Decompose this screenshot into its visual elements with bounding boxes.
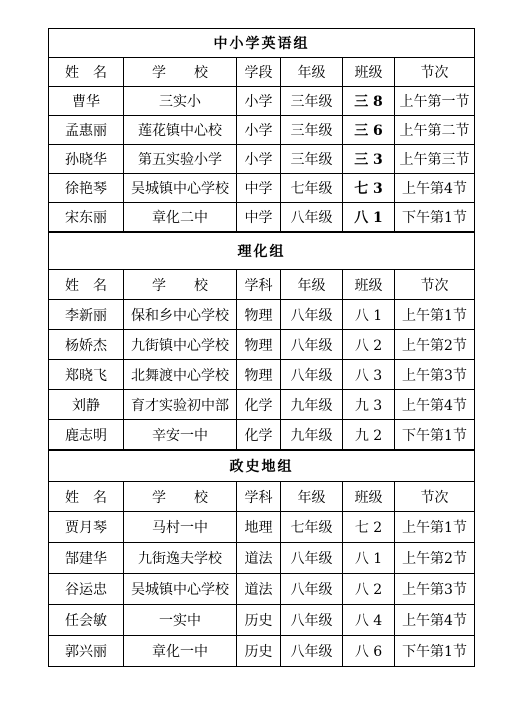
cell-class: 八 1: [343, 203, 395, 232]
cell-grade: 三年级: [281, 116, 343, 145]
cell-grade: 八年级: [281, 605, 343, 636]
cell-period: 上午第4节: [395, 605, 475, 636]
cell-class: 七 3: [343, 174, 395, 203]
cell-period: 上午第1节: [395, 512, 475, 543]
cell-grade: 七年级: [281, 512, 343, 543]
table-title: 理化组: [49, 233, 475, 270]
cell-period: 上午第一节: [395, 87, 475, 116]
column-header-class: 班级: [343, 482, 395, 512]
cell-grade: 三年级: [281, 145, 343, 174]
cell-grade: 九年级: [281, 390, 343, 420]
cell-class: 八 2: [343, 330, 395, 360]
table-title-row: 政史地组: [49, 451, 475, 482]
column-header-name: 姓 名: [49, 58, 124, 87]
table-row: 宋东丽章化二中中学八年级八 1下午第1节: [49, 203, 475, 232]
cell-grade: 三年级: [281, 87, 343, 116]
group-table-1: 理化组姓 名学 校学科年级班级节次李新丽保和乡中心学校物理八年级八 1上午第1节…: [48, 232, 475, 450]
cell-subject: 化学: [237, 390, 281, 420]
cell-school: 马村一中: [124, 512, 237, 543]
cell-school: 三实小: [124, 87, 237, 116]
table-row: 任会敏一实中历史八年级八 4上午第4节: [49, 605, 475, 636]
column-header-class: 班级: [343, 270, 395, 300]
cell-period: 上午第二节: [395, 116, 475, 145]
cell-class: 三 3: [343, 145, 395, 174]
cell-subject: 地理: [237, 512, 281, 543]
table-row: 贾月琴马村一中地理七年级七 2上午第1节: [49, 512, 475, 543]
cell-subject: 历史: [237, 636, 281, 667]
cell-name: 孙晓华: [49, 145, 124, 174]
cell-name: 刘静: [49, 390, 124, 420]
column-header-subject: 学科: [237, 270, 281, 300]
cell-subject: 物理: [237, 300, 281, 330]
cell-school: 育才实验初中部: [124, 390, 237, 420]
cell-subject: 历史: [237, 605, 281, 636]
cell-period: 上午第3节: [395, 574, 475, 605]
cell-subject: 中学: [237, 203, 281, 232]
cell-school: 章化二中: [124, 203, 237, 232]
cell-period: 下午第1节: [395, 203, 475, 232]
column-header-grade: 年级: [281, 482, 343, 512]
table-row: 孟惠丽莲花镇中心校小学三年级三 6上午第二节: [49, 116, 475, 145]
table-title-row: 理化组: [49, 233, 475, 270]
column-header-school: 学 校: [124, 58, 237, 87]
cell-class: 三 6: [343, 116, 395, 145]
table-row: 郑晓飞北舞渡中心学校物理八年级八 3上午第3节: [49, 360, 475, 390]
table-title-row: 中小学英语组: [49, 29, 475, 58]
tables-container: 中小学英语组姓 名学 校学段年级班级节次曹华三实小小学三年级三 8上午第一节孟惠…: [48, 28, 474, 667]
cell-period: 上午第2节: [395, 330, 475, 360]
cell-name: 郭兴丽: [49, 636, 124, 667]
column-header-period: 节次: [395, 270, 475, 300]
cell-school: 九街镇中心学校: [124, 330, 237, 360]
table-row: 徐艳琴吴城镇中心学校中学七年级七 3上午第4节: [49, 174, 475, 203]
cell-school: 保和乡中心学校: [124, 300, 237, 330]
cell-name: 贾月琴: [49, 512, 124, 543]
cell-grade: 八年级: [281, 574, 343, 605]
cell-grade: 八年级: [281, 543, 343, 574]
cell-subject: 物理: [237, 330, 281, 360]
cell-class: 九 2: [343, 420, 395, 450]
group-table-2: 政史地组姓 名学 校学科年级班级节次贾月琴马村一中地理七年级七 2上午第1节郜建…: [48, 450, 475, 667]
cell-class: 八 3: [343, 360, 395, 390]
cell-grade: 八年级: [281, 636, 343, 667]
cell-school: 北舞渡中心学校: [124, 360, 237, 390]
cell-name: 徐艳琴: [49, 174, 124, 203]
column-header-period: 节次: [395, 482, 475, 512]
cell-name: 郜建华: [49, 543, 124, 574]
table-row: 郭兴丽章化一中历史八年级八 6下午第1节: [49, 636, 475, 667]
table-title: 中小学英语组: [49, 29, 475, 58]
column-header-school: 学 校: [124, 270, 237, 300]
cell-school: 莲花镇中心校: [124, 116, 237, 145]
cell-class: 七 2: [343, 512, 395, 543]
cell-period: 下午第1节: [395, 420, 475, 450]
cell-subject: 道法: [237, 574, 281, 605]
cell-class: 八 6: [343, 636, 395, 667]
cell-grade: 八年级: [281, 330, 343, 360]
cell-school: 吴城镇中心学校: [124, 174, 237, 203]
table-row: 刘静育才实验初中部化学九年级九 3上午第4节: [49, 390, 475, 420]
cell-school: 第五实验小学: [124, 145, 237, 174]
cell-name: 任会敏: [49, 605, 124, 636]
cell-subject: 化学: [237, 420, 281, 450]
table-header-row: 姓 名学 校学段年级班级节次: [49, 58, 475, 87]
group-table-0: 中小学英语组姓 名学 校学段年级班级节次曹华三实小小学三年级三 8上午第一节孟惠…: [48, 28, 475, 232]
table-row: 鹿志明辛安一中化学九年级九 2下午第1节: [49, 420, 475, 450]
cell-subject: 道法: [237, 543, 281, 574]
table-header-row: 姓 名学 校学科年级班级节次: [49, 482, 475, 512]
cell-period: 上午第3节: [395, 360, 475, 390]
table-header-row: 姓 名学 校学科年级班级节次: [49, 270, 475, 300]
table-row: 郜建华九街逸夫学校道法八年级八 1上午第2节: [49, 543, 475, 574]
document-page: 中小学英语组姓 名学 校学段年级班级节次曹华三实小小学三年级三 8上午第一节孟惠…: [0, 0, 529, 702]
cell-name: 鹿志明: [49, 420, 124, 450]
cell-period: 上午第1节: [395, 300, 475, 330]
cell-name: 孟惠丽: [49, 116, 124, 145]
cell-period: 下午第1节: [395, 636, 475, 667]
table-row: 谷运忠吴城镇中心学校道法八年级八 2上午第3节: [49, 574, 475, 605]
cell-period: 上午第三节: [395, 145, 475, 174]
table-row: 杨娇杰九街镇中心学校物理八年级八 2上午第2节: [49, 330, 475, 360]
cell-grade: 八年级: [281, 300, 343, 330]
cell-subject: 小学: [237, 145, 281, 174]
cell-subject: 小学: [237, 87, 281, 116]
cell-class: 八 1: [343, 543, 395, 574]
column-header-subject: 学段: [237, 58, 281, 87]
cell-class: 八 2: [343, 574, 395, 605]
cell-grade: 九年级: [281, 420, 343, 450]
cell-subject: 小学: [237, 116, 281, 145]
cell-period: 上午第2节: [395, 543, 475, 574]
table-row: 曹华三实小小学三年级三 8上午第一节: [49, 87, 475, 116]
column-header-name: 姓 名: [49, 270, 124, 300]
cell-school: 吴城镇中心学校: [124, 574, 237, 605]
column-header-grade: 年级: [281, 270, 343, 300]
cell-name: 李新丽: [49, 300, 124, 330]
cell-school: 一实中: [124, 605, 237, 636]
cell-name: 宋东丽: [49, 203, 124, 232]
table-row: 李新丽保和乡中心学校物理八年级八 1上午第1节: [49, 300, 475, 330]
column-header-class: 班级: [343, 58, 395, 87]
cell-class: 八 4: [343, 605, 395, 636]
cell-grade: 七年级: [281, 174, 343, 203]
cell-class: 三 8: [343, 87, 395, 116]
cell-name: 谷运忠: [49, 574, 124, 605]
cell-name: 曹华: [49, 87, 124, 116]
cell-subject: 物理: [237, 360, 281, 390]
cell-grade: 八年级: [281, 360, 343, 390]
column-header-grade: 年级: [281, 58, 343, 87]
cell-class: 八 1: [343, 300, 395, 330]
cell-school: 九街逸夫学校: [124, 543, 237, 574]
cell-name: 杨娇杰: [49, 330, 124, 360]
column-header-period: 节次: [395, 58, 475, 87]
column-header-subject: 学科: [237, 482, 281, 512]
cell-subject: 中学: [237, 174, 281, 203]
table-title: 政史地组: [49, 451, 475, 482]
cell-class: 九 3: [343, 390, 395, 420]
cell-school: 章化一中: [124, 636, 237, 667]
cell-school: 辛安一中: [124, 420, 237, 450]
cell-period: 上午第4节: [395, 390, 475, 420]
cell-grade: 八年级: [281, 203, 343, 232]
cell-name: 郑晓飞: [49, 360, 124, 390]
column-header-name: 姓 名: [49, 482, 124, 512]
column-header-school: 学 校: [124, 482, 237, 512]
table-row: 孙晓华第五实验小学小学三年级三 3上午第三节: [49, 145, 475, 174]
cell-period: 上午第4节: [395, 174, 475, 203]
